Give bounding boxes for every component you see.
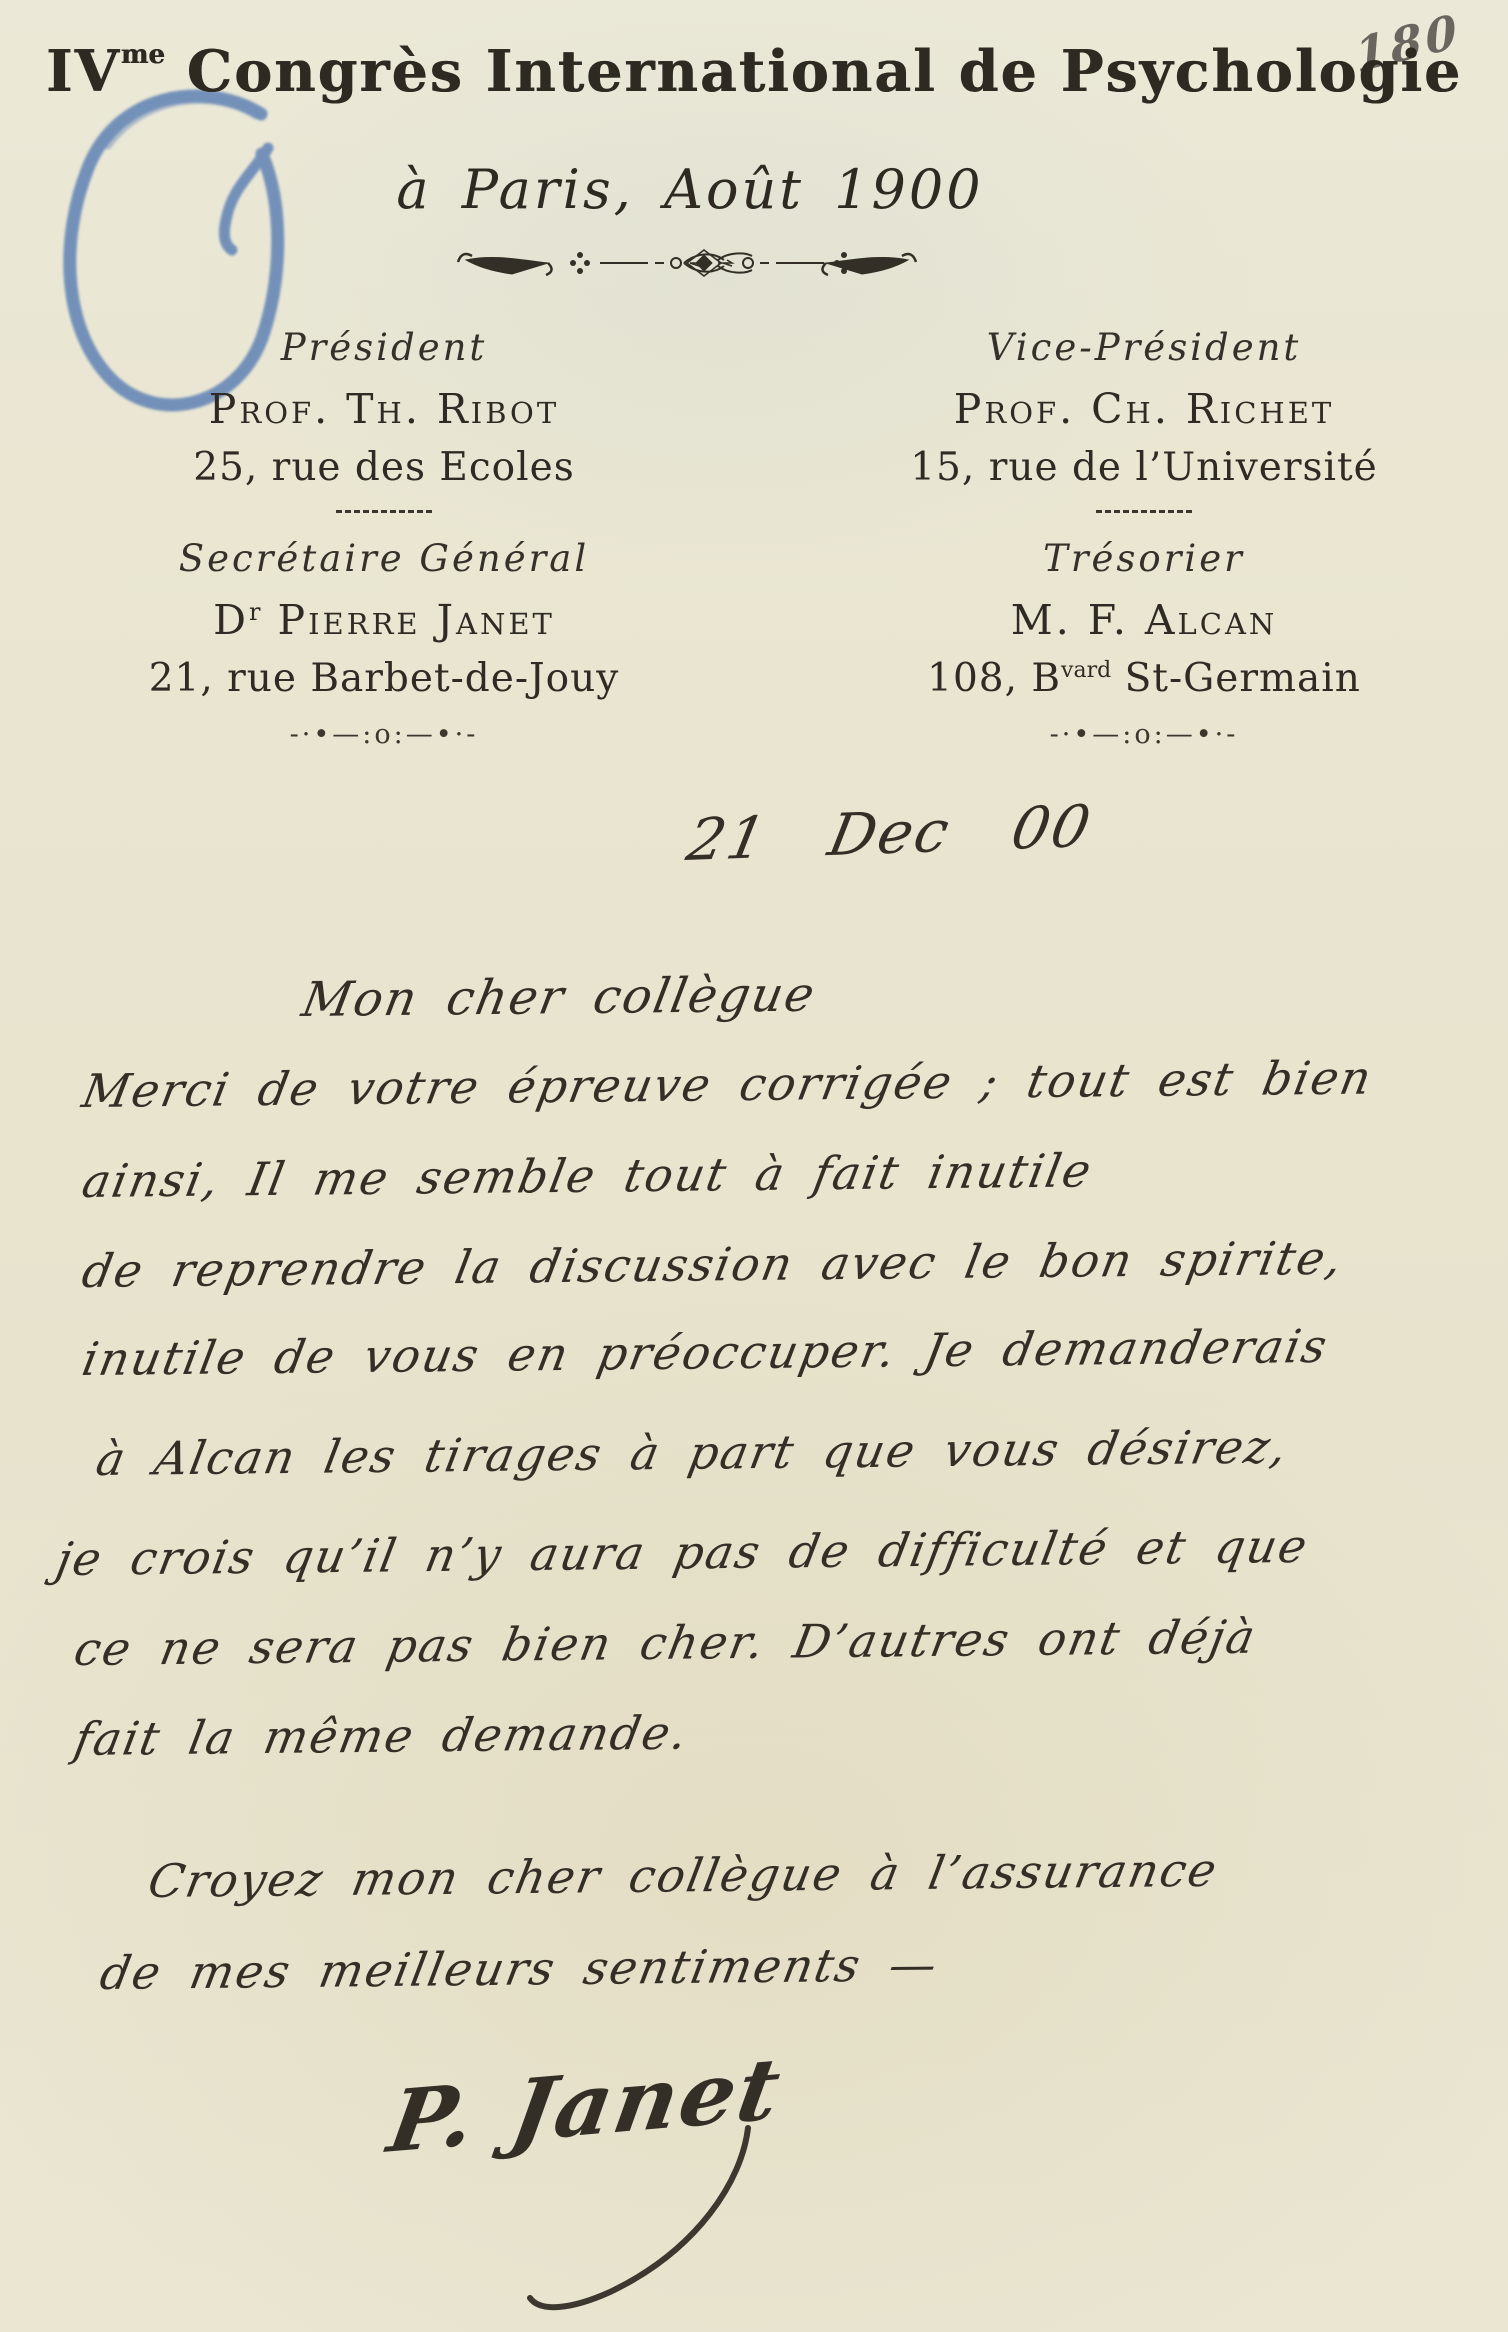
official-name-text: M. F. Alcan: [1011, 596, 1278, 644]
letter-scan-page: { "page": { "folio_number": "180" }, "le…: [0, 0, 1508, 2332]
official-address: 15, rue de l’Université: [834, 445, 1454, 490]
official-name-text: Prof. Ch. Richet: [954, 385, 1334, 433]
official-address-text: 108, B: [927, 656, 1061, 701]
letter-line: inutile de vous en préoccuper. Je demand…: [78, 1319, 1333, 1386]
handwritten-date: 21 Dec 00: [682, 792, 1098, 874]
ornamental-divider: [452, 246, 922, 290]
letter-line: ainsi, Il me semble tout à fait inutile: [78, 1143, 1097, 1208]
official-name: Dr Pierre Janet: [74, 596, 694, 644]
official-vice-president: Vice-Président Prof. Ch. Richet 15, rue …: [834, 326, 1454, 513]
official-name-text: D: [213, 596, 249, 644]
official-secretaire: Secrétaire Général Dr Pierre Janet 21, r…: [74, 537, 694, 750]
officials-column-left: Président Prof. Th. Ribot 25, rue des Ec…: [74, 326, 694, 756]
letter-line: à Alcan les tirages à part que vous dési…: [92, 1420, 1293, 1486]
letter-line: de mes meilleurs sentiments —: [96, 1937, 943, 2000]
letter-line: fait la même demande.: [70, 1706, 693, 1766]
official-address: 25, rue des Ecoles: [74, 445, 694, 490]
congress-title-text: Congrès International de Psychologie: [165, 38, 1462, 105]
official-address-sup: vard: [1061, 658, 1111, 683]
letter-line: Merci de votre épreuve corrigée ; tout e…: [78, 1051, 1377, 1118]
letter-line: ce ne sera pas bien cher. D’autres ont d…: [70, 1610, 1261, 1676]
official-address-rest: St-Germain: [1111, 656, 1361, 701]
official-president: Président Prof. Th. Ribot 25, rue des Ec…: [74, 326, 694, 513]
official-address-text: 25, rue des Ecoles: [193, 445, 574, 490]
officials-column-right: Vice-Président Prof. Ch. Richet 15, rue …: [834, 326, 1454, 756]
official-address: 21, rue Barbet-de-Jouy: [74, 656, 694, 701]
official-role: Vice-Président: [834, 326, 1454, 369]
official-name-text: Prof. Th. Ribot: [209, 385, 559, 433]
official-name: M. F. Alcan: [834, 596, 1454, 644]
dashed-rule: [336, 510, 432, 513]
dashed-rule: [1096, 510, 1192, 513]
official-role: Secrétaire Général: [74, 537, 694, 580]
congress-title-ordinal-sup: me: [121, 40, 165, 70]
letter-line: je crois qu’il n’y aura pas de difficult…: [52, 1519, 1313, 1586]
letter-line: Croyez mon cher collègue à l’assurance: [144, 1843, 1222, 1908]
congress-title: IVme Congrès International de Psychologi…: [0, 38, 1508, 105]
officials-block: Président Prof. Th. Ribot 25, rue des Ec…: [0, 326, 1508, 756]
official-tresorier: Trésorier M. F. Alcan 108, Bvard St-Germ…: [834, 537, 1454, 750]
signature: P. Janet: [382, 2039, 789, 2173]
official-address-text: 21, rue Barbet-de-Jouy: [149, 656, 620, 701]
congress-title-numeral: IV: [46, 38, 121, 105]
letter-line: de reprendre la discussion avec le bon s…: [78, 1231, 1348, 1298]
salutation: Mon cher collègue: [298, 967, 821, 1028]
ornament-rule: -·•—:o:—•·-: [834, 719, 1454, 750]
official-name-sup: r: [249, 598, 261, 626]
official-name-rest: Pierre Janet: [261, 596, 554, 644]
official-name: Prof. Th. Ribot: [74, 385, 694, 433]
congress-subtitle: à Paris, Août 1900: [0, 158, 1444, 221]
official-address: 108, Bvard St-Germain: [834, 656, 1454, 701]
official-name: Prof. Ch. Richet: [834, 385, 1454, 433]
ornament-rule: -·•—:o:—•·-: [74, 719, 694, 750]
official-role: Président: [74, 326, 694, 369]
official-role: Trésorier: [834, 537, 1454, 580]
official-address-text: 15, rue de l’Université: [910, 445, 1377, 490]
